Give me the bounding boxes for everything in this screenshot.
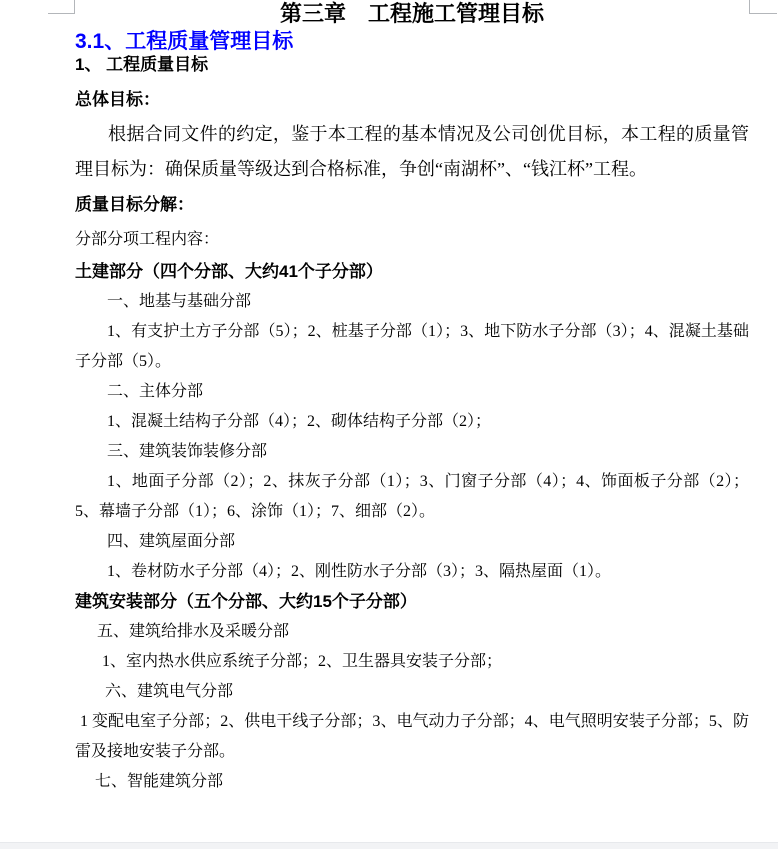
document-body: 第三章 工程施工管理目标 3.1、工程质量管理目标 1、 工程质量目标 总体目标…	[75, 0, 749, 797]
quality-breakdown-label: 质量目标分解：	[75, 187, 749, 222]
overall-goal-paragraph: 根据合同文件的约定，鉴于本工程的基本情况及公司创优目标，本工程的质量管理目标为：…	[75, 117, 749, 187]
installation-item-6-heading: 六、建筑电气分部	[75, 677, 749, 707]
subsection-heading-1: 1、 工程质量目标	[75, 55, 749, 75]
subdivision-list-block: 土建部分（四个分部、大约41个子分部） 一、地基与基础分部 1、有支护土方子分部…	[75, 257, 749, 797]
civil-item-4-content: 1、卷材防水子分部（4）；2、刚性防水子分部（3）；3、隔热屋面（1）。	[75, 557, 749, 587]
margin-mark-top-right-horizontal	[749, 13, 777, 14]
overall-goal-label: 总体目标：	[75, 82, 749, 117]
page-title: 第三章 工程施工管理目标	[75, 0, 749, 28]
installation-item-6-content: 1 变配电室子分部；2、供电干线子分部；3、电气动力子分部；4、电气照明安装子分…	[75, 707, 749, 767]
civil-item-4-heading: 四、建筑屋面分部	[75, 527, 749, 557]
civil-item-1-heading: 一、地基与基础分部	[75, 287, 749, 317]
subdivision-intro: 分部分项工程内容：	[75, 222, 749, 257]
margin-mark-top-right-vertical	[749, 0, 750, 13]
installation-item-5-heading: 五、建筑给排水及采暖分部	[75, 617, 749, 647]
installation-item-5-content: 1、室内热水供应系统子分部；2、卫生器具安装子分部；	[75, 647, 749, 677]
civil-item-3-heading: 三、建筑装饰装修分部	[75, 437, 749, 467]
document-page: 第三章 工程施工管理目标 3.1、工程质量管理目标 1、 工程质量目标 总体目标…	[0, 0, 778, 849]
window-bottom-edge	[0, 842, 778, 849]
section-heading-3-1: 3.1、工程质量管理目标	[75, 28, 749, 55]
civil-item-1-content: 1、有支护土方子分部（5）；2、桩基子分部（1）；3、地下防水子分部（3）；4、…	[75, 317, 749, 377]
margin-mark-top-left-horizontal	[48, 13, 75, 14]
installation-item-7-heading: 七、智能建筑分部	[75, 767, 749, 797]
civil-section-heading: 土建部分（四个分部、大约41个子分部）	[75, 257, 749, 287]
installation-section-heading: 建筑安装部分（五个分部、大约15个子分部）	[75, 587, 749, 617]
overall-goal-block: 总体目标： 根据合同文件的约定，鉴于本工程的基本情况及公司创优目标，本工程的质量…	[75, 82, 749, 257]
civil-item-2-content: 1、混凝土结构子分部（4）；2、砌体结构子分部（2）；	[75, 407, 749, 437]
civil-item-2-heading: 二、主体分部	[75, 377, 749, 407]
civil-item-3-content: 1、地面子分部（2）；2、抹灰子分部（1）；3、门窗子分部（4）；4、饰面板子分…	[75, 467, 749, 527]
